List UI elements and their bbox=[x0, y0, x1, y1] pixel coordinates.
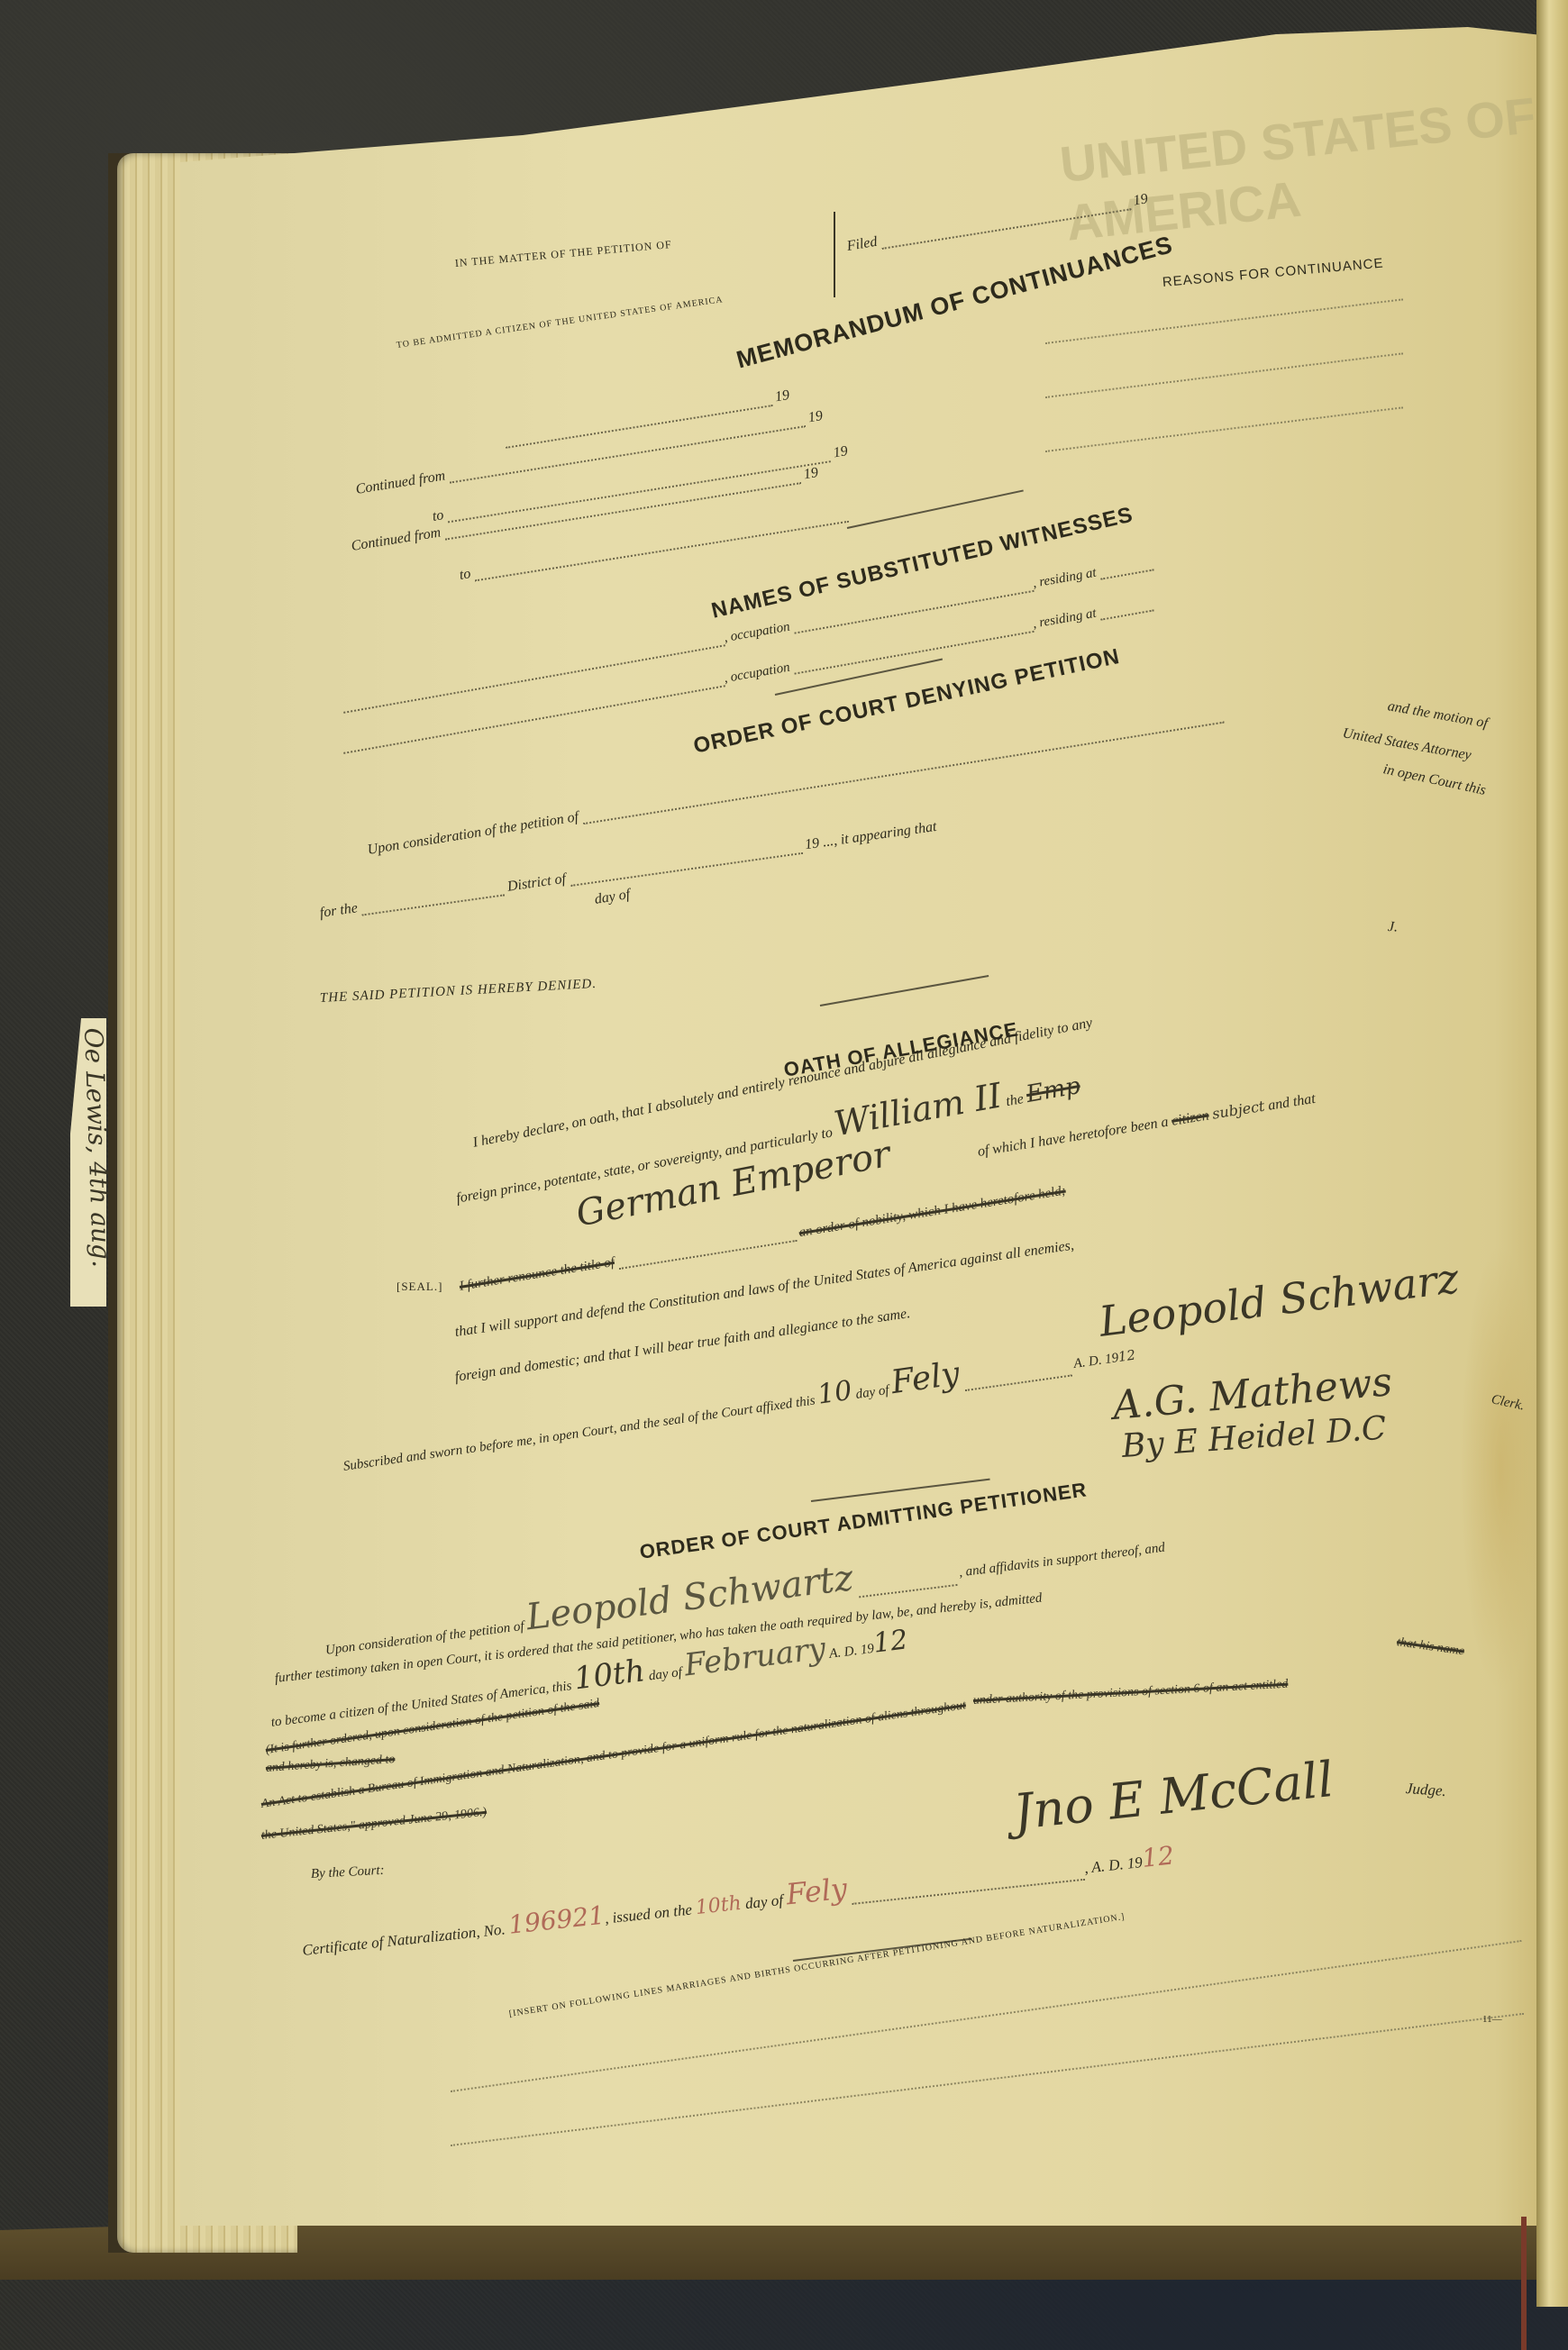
denying-judge-mark: J. bbox=[1388, 919, 1399, 936]
judge-label: Judge. bbox=[1405, 1780, 1446, 1800]
book-gutter bbox=[1536, 0, 1568, 2307]
oath-year-handwritten: 12 bbox=[1117, 1346, 1136, 1364]
certificate-month-handwritten: Fely bbox=[784, 1872, 848, 1912]
bookmark-ribbon bbox=[1521, 2217, 1527, 2350]
oath-day-handwritten: 10 bbox=[816, 1375, 854, 1411]
seal-label: [SEAL.] bbox=[397, 1280, 442, 1294]
certificate-day-handwritten: 10th bbox=[695, 1892, 743, 1919]
page-stain bbox=[1460, 1243, 1541, 1694]
header-bracket bbox=[834, 212, 835, 297]
certificate-year-handwritten: 12 bbox=[1141, 1840, 1176, 1873]
admitted-year-handwritten: 12 bbox=[871, 1624, 909, 1659]
filed-year: 19 bbox=[1132, 191, 1148, 208]
form-number: 11— bbox=[1482, 2014, 1502, 2025]
